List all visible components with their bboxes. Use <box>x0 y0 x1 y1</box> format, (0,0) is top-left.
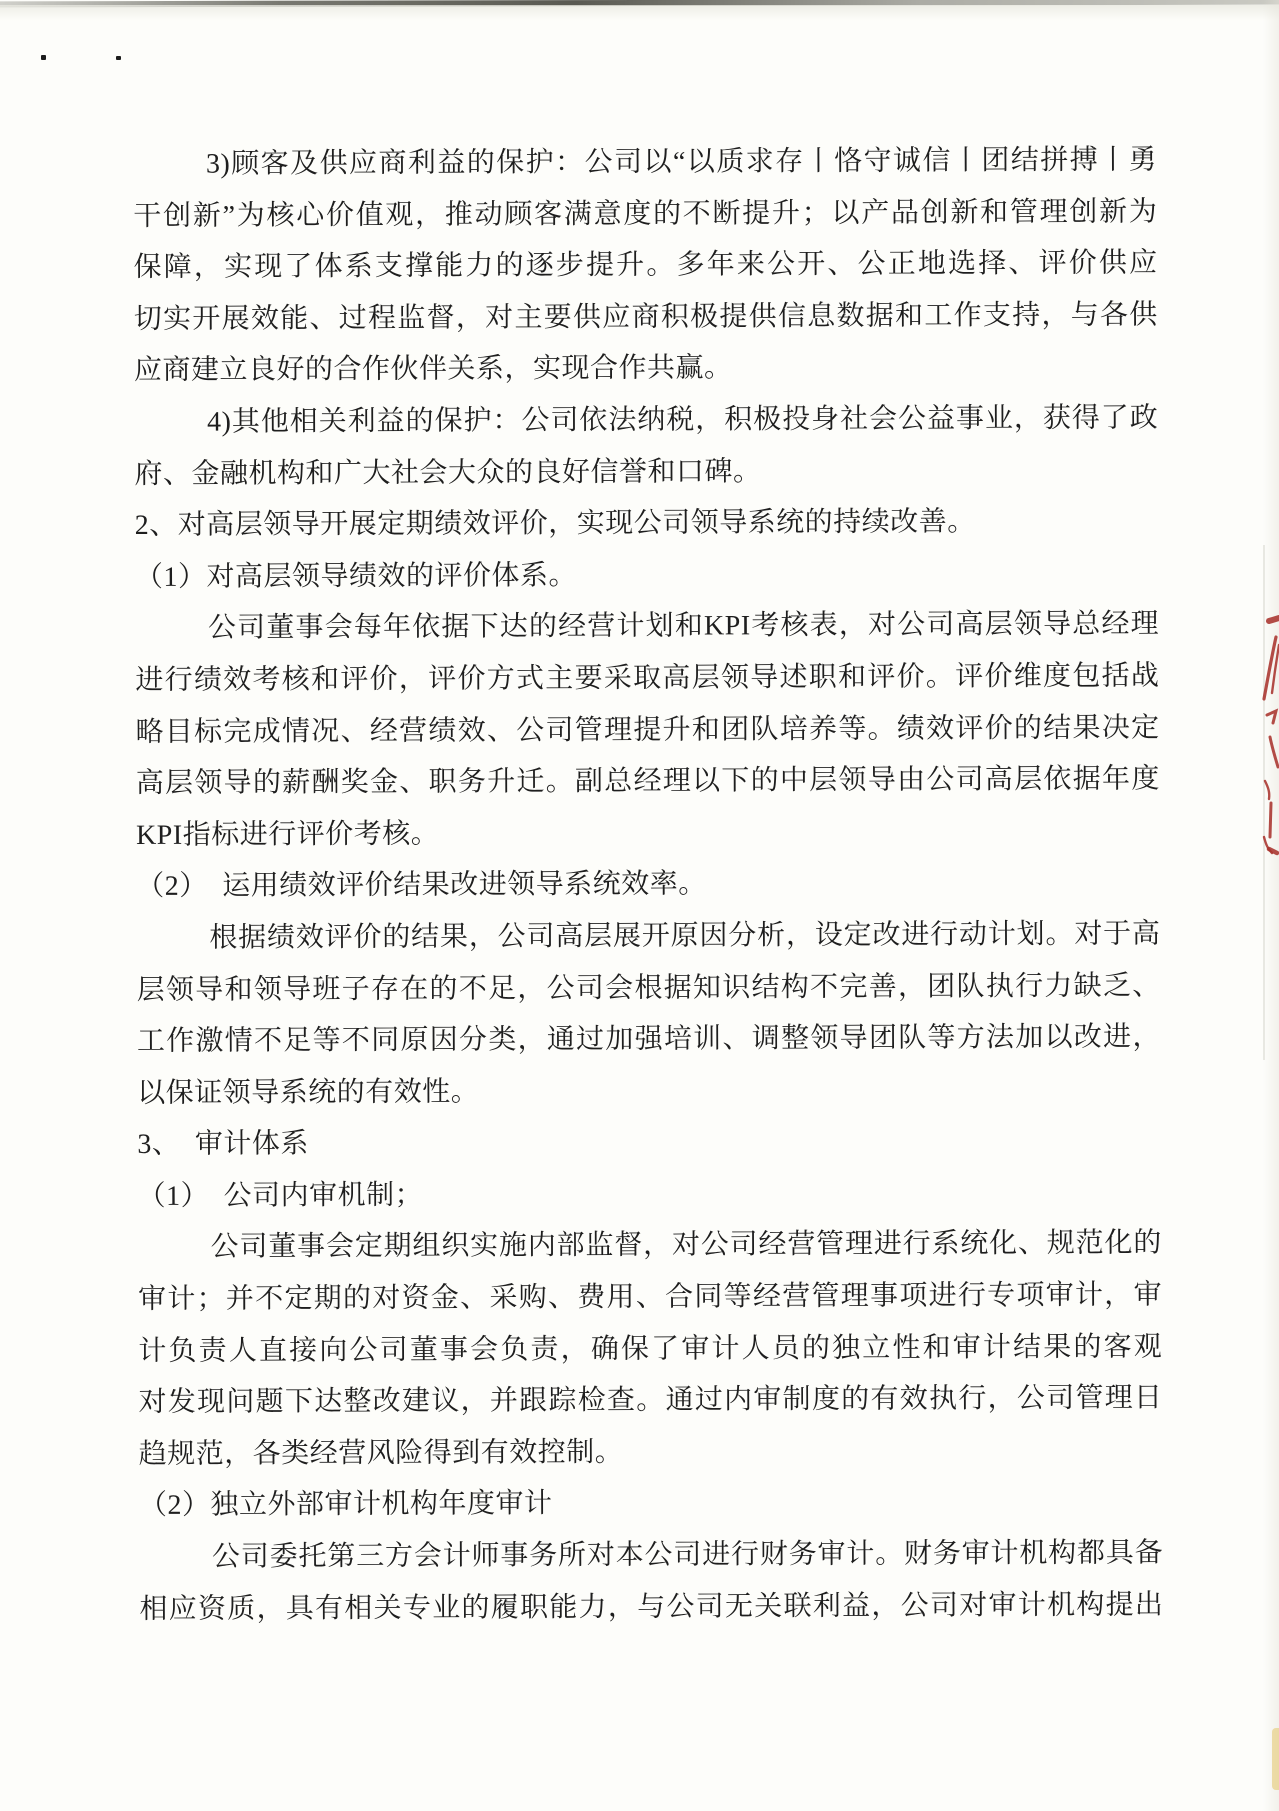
scan-speck <box>41 55 46 60</box>
text-line: 3、 审计体系 <box>137 1115 1161 1171</box>
text-block: 3)顾客及供应商利益的保护：公司以“以质求存丨恪守诚信丨团结拼搏丨勇干创新”为核… <box>133 135 1164 1636</box>
scan-speck <box>116 56 121 60</box>
text-line: （2） 运用绩效评价结果改进领导系统效率。 <box>136 857 1160 913</box>
text-line: 略目标完成情况、经营绩效、公司管理提升和团队培养等。绩效评价的结果决定 <box>135 702 1159 758</box>
text-line: 审计；并不定期的对资金、采购、费用、合同等经营管理事项进行专项审计，审 <box>138 1270 1162 1326</box>
scan-top-shadow <box>0 5 1279 21</box>
text-line: 以保证领导系统的有效性。 <box>137 1063 1161 1119</box>
text-line: 高层领导的薪酬奖金、职务升迁。副总经理以下的中层领导由公司高层依据年度 <box>136 754 1160 810</box>
text-line: 保障，实现了体系支撑能力的逐步提升。多年来公开、公正地选择、评价供应商， <box>133 238 1157 294</box>
red-ink-margin-annotation <box>1260 615 1279 860</box>
text-line: 相应资质，具有相关专业的履职能力，与公司无关联利益，公司对审计机构提出 <box>139 1579 1163 1635</box>
text-line: 趋规范，各类经营风险得到有效控制。 <box>139 1424 1163 1480</box>
text-line: 根据绩效评价的结果，公司高层展开原因分析，设定改进行动计划。对于高 <box>136 908 1160 964</box>
text-line: 进行绩效考核和评价，评价方式主要采取高层领导述职和评价。评价维度包括战 <box>135 650 1159 706</box>
text-line: 3)顾客及供应商利益的保护：公司以“以质求存丨恪守诚信丨团结拼搏丨勇 <box>133 135 1157 191</box>
text-line: 干创新”为核心价值观，推动顾客满意度的不断提升；以产品创新和管理创新为 <box>133 186 1157 242</box>
text-line: 切实开展效能、过程监督，对主要供应商积极提供信息数据和工作支持，与各供 <box>134 289 1158 345</box>
text-line: 公司委托第三方会计师事务所对本公司进行财务审计。财务审计机构都具备 <box>139 1528 1163 1584</box>
text-line: 府、金融机构和广大社会大众的良好信誉和口碑。 <box>134 444 1158 500</box>
text-line: 对发现问题下达整改建议，并跟踪检查。通过内审制度的有效执行，公司管理日 <box>138 1373 1162 1429</box>
text-line: 应商建立良好的合作伙伴关系，实现合作共赢。 <box>134 341 1158 397</box>
text-line: 公司董事会每年依据下达的经营计划和KPI考核表，对公司高层领导总经理 <box>135 599 1159 655</box>
scan-right-edge-shade <box>1263 0 1279 1811</box>
text-line: 公司董事会定期组织实施内部监督，对公司经营管理进行系统化、规范化的 <box>138 1218 1162 1274</box>
yellow-ink-margin-mark <box>1272 1728 1279 1790</box>
text-line: （1） 公司内审机制； <box>138 1166 1162 1222</box>
text-line: 工作激情不足等不同原因分类，通过加强培训、调整领导团队等方法加以改进， <box>137 1012 1161 1068</box>
text-line: （1）对高层领导绩效的评价体系。 <box>135 547 1159 603</box>
text-line: 层领导和领导班子存在的不足，公司会根据知识结构不完善，团队执行力缺乏、 <box>137 960 1161 1016</box>
text-line: （2）独立外部审计机构年度审计 <box>139 1476 1163 1532</box>
text-line: 4)其他相关利益的保护：公司依法纳税，积极投身社会公益事业，获得了政 <box>134 392 1158 448</box>
text-line: 计负责人直接向公司董事会负责，确保了审计人员的独立性和审计结果的客观性， <box>138 1321 1162 1377</box>
text-line: 2、对高层领导开展定期绩效评价，实现公司领导系统的持续改善。 <box>135 496 1159 552</box>
text-line: KPI指标进行评价考核。 <box>136 805 1160 861</box>
document-page: 3)顾客及供应商利益的保护：公司以“以质求存丨恪守诚信丨团结拼搏丨勇干创新”为核… <box>0 0 1279 1811</box>
